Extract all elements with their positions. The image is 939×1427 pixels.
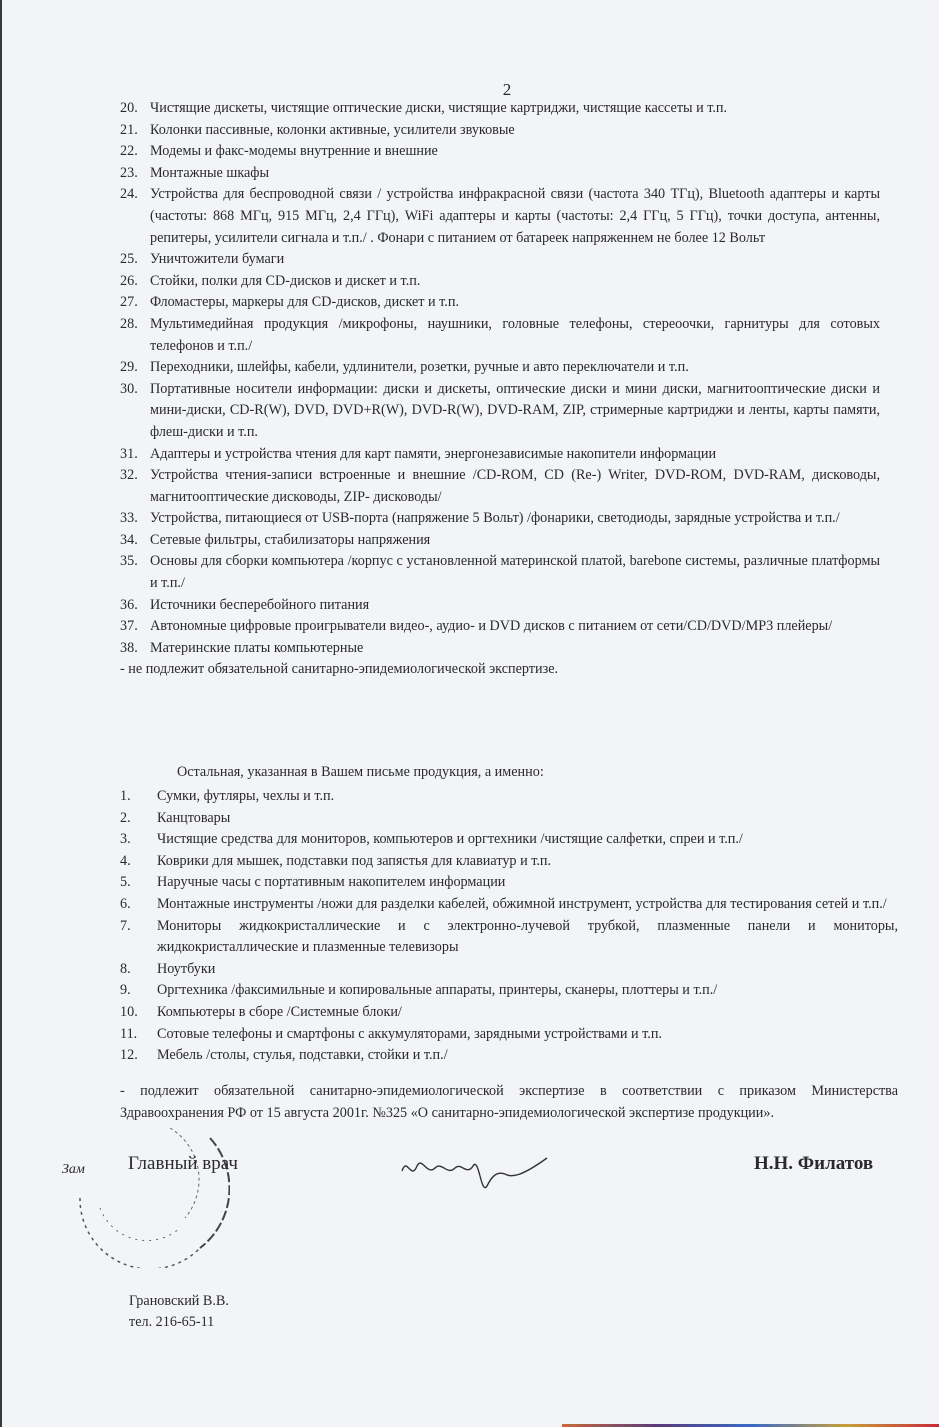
signer-name: Н.Н. Филатов [754, 1153, 873, 1175]
signer-role: Главный врач [128, 1153, 238, 1175]
exempt-products-list: 20.Чистящие дискеты, чистящие оптические… [120, 98, 880, 681]
exempt-note: - не подлежит обязательной санитарно-эпи… [120, 659, 880, 681]
rest-intro: Остальная, указанная в Вашем письме прод… [177, 764, 544, 781]
list-item: 25.Уничтожители бумаги [120, 249, 880, 271]
list-item: 37.Автономные цифровые проигрыватели вид… [120, 616, 880, 638]
handwritten-prefix: Зам [62, 1162, 85, 1178]
list-item: 7.Мониторы жидкокристаллические и с элек… [120, 916, 898, 959]
list-item: 31.Адаптеры и устройства чтения для карт… [120, 444, 880, 466]
list-item: 35.Основы для сборки компьютера /корпус … [120, 551, 880, 594]
list-item: 38.Материнские платы компьютерные [120, 638, 880, 660]
executor-phone: тел. 216-65-11 [129, 1312, 229, 1333]
list-item: 20.Чистящие дискеты, чистящие оптические… [120, 98, 880, 120]
list-item: 9.Оргтехника /факсимильные и копировальн… [120, 980, 898, 1002]
list-item: 5.Наручные часы с портативным накопителе… [120, 872, 898, 894]
list-item: 21.Колонки пассивные, колонки активные, … [120, 120, 880, 142]
list-item: 1.Сумки, футляры, чехлы и т.п. [120, 786, 898, 808]
list-item: 22.Модемы и факс-модемы внутренние и вне… [120, 141, 880, 163]
page-number: 2 [2, 80, 939, 100]
list-item: 24.Устройства для беспроводной связи / у… [120, 184, 880, 249]
list-item: 2.Канцтовары [120, 808, 898, 830]
list-item: 6.Монтажные инструменты /ножи для раздел… [120, 894, 898, 916]
document-page: 2 20.Чистящие дискеты, чистящие оптическ… [0, 0, 939, 1427]
list-item: 33.Устройства, питающиеся от USB-порта (… [120, 508, 880, 530]
required-products-list: 1.Сумки, футляры, чехлы и т.п. 2.Канцтов… [120, 786, 898, 1067]
list-item: 26.Стойки, полки для CD-дисков и дискет … [120, 271, 880, 293]
list-item: 4.Коврики для мышек, подставки под запяс… [120, 851, 898, 873]
list-item: 8.Ноутбуки [120, 959, 898, 981]
list-item: 12.Мебель /столы, стулья, подставки, сто… [120, 1045, 898, 1067]
list-item: 34.Сетевые фильтры, стабилизаторы напряж… [120, 530, 880, 552]
executor-block: Грановский В.В. тел. 216-65-11 [129, 1291, 229, 1333]
signature-icon [397, 1146, 567, 1206]
list-item: 36.Источники бесперебойного питания [120, 595, 880, 617]
list-item: 28.Мультимедийная продукция /микрофоны, … [120, 314, 880, 357]
list-item: 27.Фломастеры, маркеры для CD-дисков, ди… [120, 292, 880, 314]
list-item: 32.Устройства чтения-записи встроенные и… [120, 465, 880, 508]
list-item: 23.Монтажные шкафы [120, 163, 880, 185]
required-note: - подлежит обязательной санитарно-эпидем… [120, 1081, 898, 1124]
list-item: 29.Переходники, шлейфы, кабели, удлините… [120, 357, 880, 379]
list-item: 30.Портативные носители информации: диск… [120, 379, 880, 444]
stamp-icon [60, 1118, 230, 1268]
list-item: 11.Сотовые телефоны и смартфоны с аккуму… [120, 1024, 898, 1046]
executor-name: Грановский В.В. [129, 1291, 229, 1312]
list-item: 3.Чистящие средства для мониторов, компь… [120, 829, 898, 851]
list-item: 10.Компьютеры в сборе /Системные блоки/ [120, 1002, 898, 1024]
